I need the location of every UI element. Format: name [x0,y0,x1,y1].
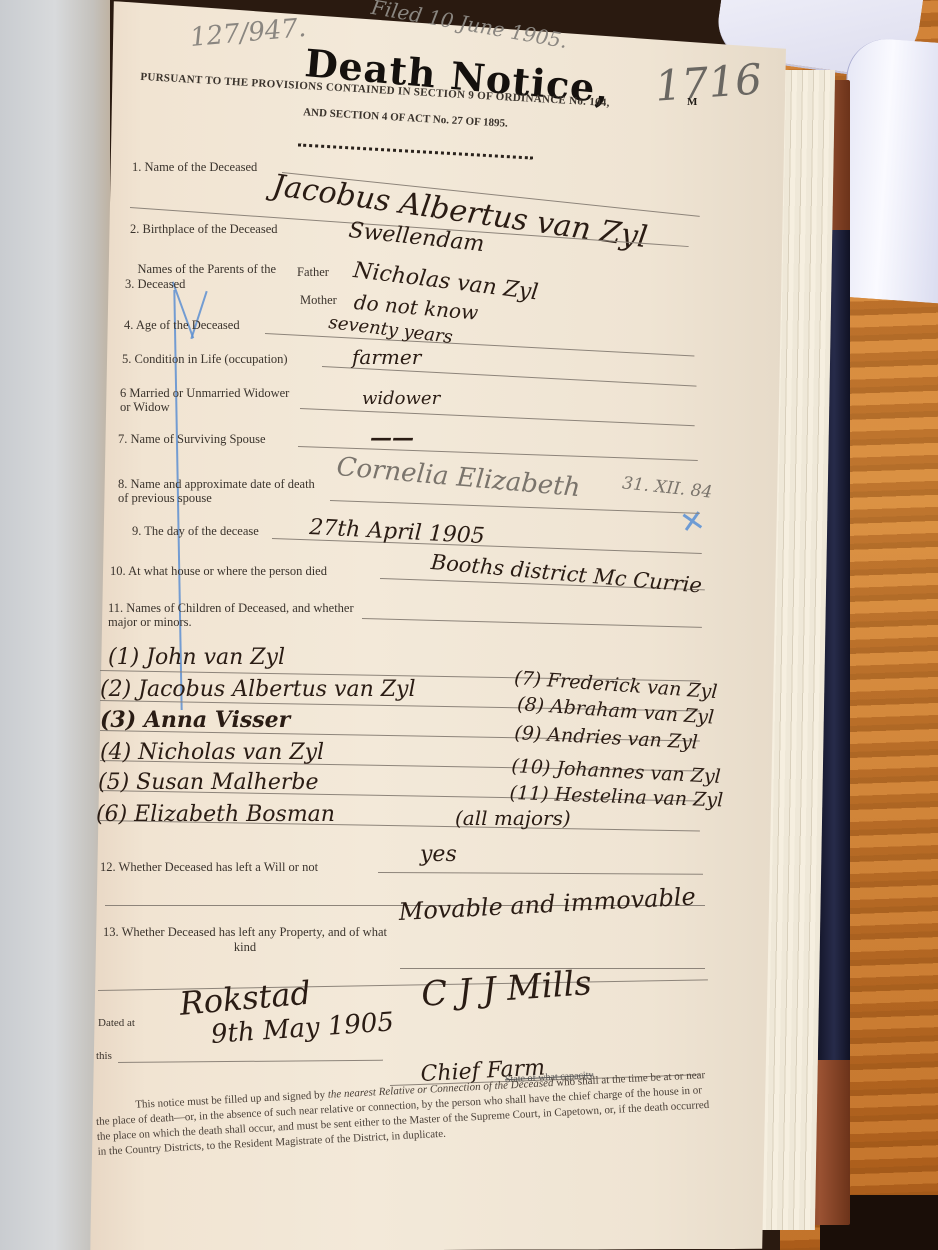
this-rule [118,1060,383,1063]
field-11-rule [362,618,702,628]
property-kind: Movable and immovable [398,882,696,926]
child-9: (9) Andries van Zyl [514,722,699,754]
dated-at-label: Dated at [98,1017,135,1029]
mother-label: Mother [300,293,337,308]
will-status: yes [420,842,457,867]
reference-number: 127/947. [189,13,307,53]
field-13-label: 13. Whether Deceased has left any Proper… [100,925,390,955]
pursuant-line-2: AND SECTION 4 OF ACT No. 27 OF 1895. [303,106,508,129]
field-8-label: 8. Name and approximate date of death of… [118,477,328,505]
child-3: (3) Anna Visser [100,707,290,733]
field-11-label: 11. Names of Children of Deceased, and w… [108,601,358,629]
this-label: this [96,1050,112,1062]
file-stamp: M [687,96,697,108]
field-2-label: 2. Birthplace of the Deceased [130,222,278,237]
field-4-rule [265,333,694,357]
filed-note: Filed 10 June 1905. [369,0,569,53]
date-of-death: 27th April 1905 [309,515,486,549]
field-1-label: 1. Name of the Deceased [132,160,257,175]
field-12-rule [378,872,703,875]
signature: C J J Mills [420,963,593,1015]
marital-status: widower [362,388,440,409]
place-of-death: Booths district Mc Currie [430,550,703,598]
file-number: 1716 [653,54,763,110]
field-6-label: 6 Married or Unmarried Widower or Widow [120,386,290,414]
children-note: (all majors) [455,806,571,830]
field-3-label: 3. Names of the Parents of the Deceased [125,262,303,292]
field-9-label: 9. The day of the decease [132,524,259,539]
father-label: Father [297,265,329,280]
child-2: (2) Jacobus Albertus van Zyl [100,677,416,702]
field-10-label: 10. At what house or where the person di… [110,564,327,579]
field-12-label: 12. Whether Deceased has left a Will or … [100,860,318,875]
child-4: (4) Nicholas van Zyl [100,740,324,765]
child-1: (1) John van Zyl [108,645,285,670]
previous-spouse-name: Cornelia Elizabeth [335,452,581,503]
occupation: farmer [352,345,421,369]
previous-spouse-death-date: 31. XII. 84 [621,473,713,502]
field-4-label: 4. Age of the Deceased [124,318,240,333]
document-content: 127/947. Filed 10 June 1905. 1716 M Deat… [0,0,938,1250]
surviving-spouse: —— [370,425,414,451]
child-5: (5) Susan Malherbe [98,770,318,795]
blue-cross-mark: ✕ [677,503,708,542]
field-6-rule [300,408,695,426]
dotted-divider [298,143,533,159]
child-6: (6) Elizabeth Bosman [96,802,335,827]
field-5-label: 5. Condition in Life (occupation) [122,352,288,367]
instruction-note: This notice must be filled up and signed… [95,1068,717,1160]
field-7-label: 7. Name of Surviving Spouse [118,432,266,447]
field-8-rule [330,500,700,514]
field-5-rule [322,366,697,387]
